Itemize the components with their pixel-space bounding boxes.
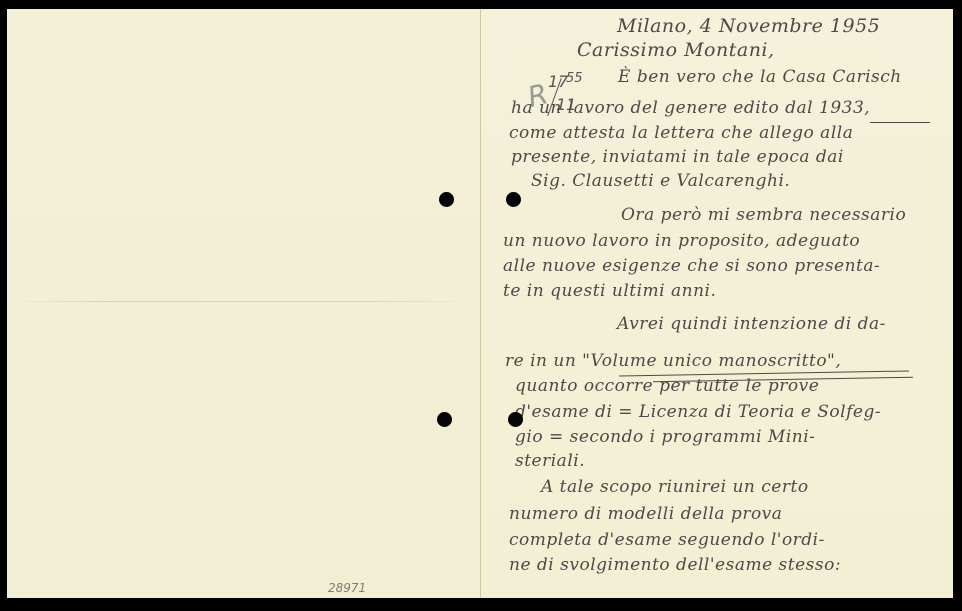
letter-line: A tale scopo riunirei un certo	[541, 477, 809, 497]
letter-line: gio = secondo i programmi Mini-	[515, 427, 815, 447]
archive-number: 28971	[328, 581, 366, 595]
letter-line: ha un lavoro del genere edito dal 1933,	[511, 98, 870, 118]
letter-line: alle nuove esigenze che si sono presenta…	[503, 256, 880, 276]
letter-line: un nuovo lavoro in proposito, adeguato	[503, 231, 860, 251]
letter-line: Ora però mi sembra necessario	[621, 205, 906, 225]
annotation-year: 55	[566, 71, 583, 86]
letter-salutation: Carissimo Montani,	[577, 39, 775, 61]
letter-line: d'esame di = Licenza di Teoria e Solfeg-	[515, 402, 881, 422]
letter-date-line: Milano, 4 Novembre 1955	[617, 15, 880, 37]
letter-sheet: 28971 R 17 11 55 Milano, 4 Novembre 1955…	[7, 9, 953, 598]
underline-1933	[870, 122, 930, 123]
letter-line: Sig. Clausetti e Valcarenghi.	[531, 171, 790, 191]
punch-hole	[506, 192, 521, 207]
letter-line: completa d'esame seguendo l'ordi-	[509, 530, 825, 550]
letter-line: numero di modelli della prova	[509, 504, 782, 524]
letter-line: te in questi ultimi anni.	[503, 281, 716, 301]
letter-line: ne di svolgimento dell'esame stesso:	[509, 555, 841, 575]
punch-hole	[439, 192, 454, 207]
letter-line: come attesta la lettera che allego alla	[509, 123, 853, 143]
letter-line: presente, inviatami in tale epoca dai	[511, 147, 844, 167]
right-page: R 17 11 55 Milano, 4 Novembre 1955 Caris…	[481, 9, 953, 598]
horizontal-fold-line	[7, 301, 480, 302]
letter-line: Avrei quindi intenzione di da-	[617, 314, 886, 334]
punch-hole	[508, 412, 523, 427]
letter-line-underlined: re in un "Volume unico manoscritto",	[505, 351, 841, 371]
letter-line: steriali.	[515, 451, 585, 471]
punch-hole	[437, 412, 452, 427]
letter-line: È ben vero che la Casa Carisch	[618, 67, 902, 87]
left-page: 28971	[7, 9, 480, 598]
